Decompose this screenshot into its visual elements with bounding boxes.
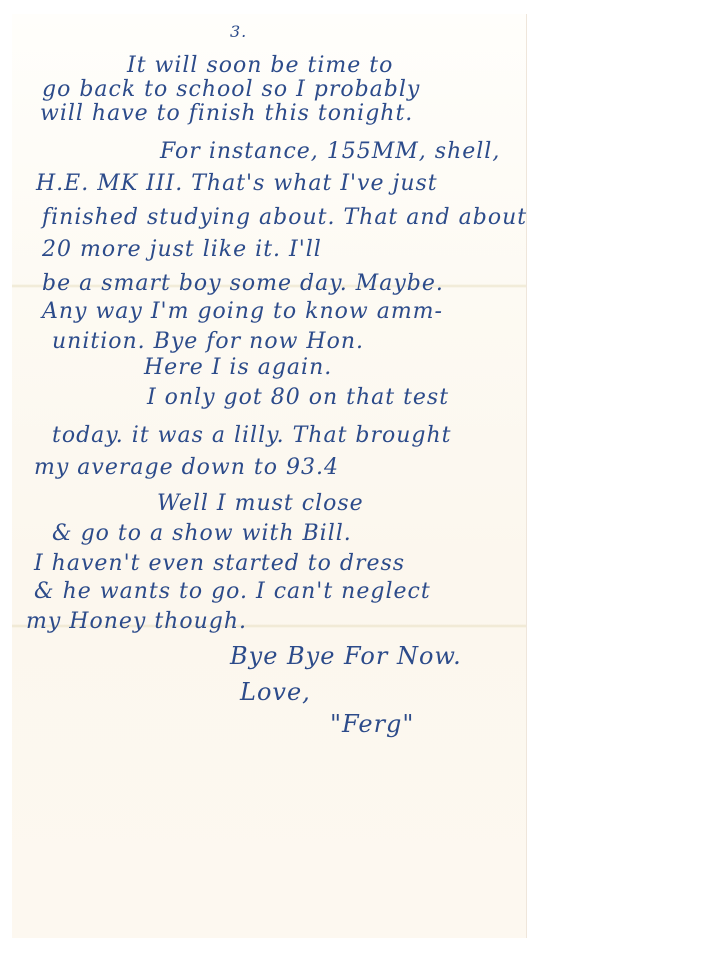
letter-line: Here I is again.: [144, 354, 332, 382]
letter-line: & he wants to go. I can't neglect: [34, 578, 431, 606]
page-number: 3.: [230, 22, 247, 41]
letter-line: today. it was a lilly. That brought: [52, 422, 452, 450]
letter-line: my Honey though.: [26, 608, 247, 636]
closing-line: Bye Bye For Now.: [230, 642, 462, 670]
letter-line: Well I must close: [157, 490, 364, 518]
letter-line: finished studying about. That and about: [42, 204, 527, 232]
letter-line: I haven't even started to dress: [34, 550, 405, 578]
letter-line: I only got 80 on that test: [147, 384, 449, 412]
letter-line: my average down to 93.4: [34, 454, 339, 482]
letter-line: For instance, 155MM, shell,: [160, 138, 500, 166]
closing-love: Love,: [240, 678, 311, 706]
letter-line: Any way I'm going to know amm-: [42, 298, 443, 326]
letter-page: 3. It will soon be time to go back to sc…: [12, 14, 527, 938]
letter-line: unition. Bye for now Hon.: [52, 328, 364, 356]
letter-line: & go to a show with Bill.: [52, 520, 352, 548]
letter-line: H.E. MK III. That's what I've just: [36, 170, 438, 198]
letter-line: will have to finish this tonight.: [40, 100, 413, 128]
letter-line: 20 more just like it. I'll: [42, 236, 322, 264]
letter-line: be a smart boy some day. Maybe.: [42, 270, 444, 298]
signature: "Ferg": [330, 710, 414, 738]
